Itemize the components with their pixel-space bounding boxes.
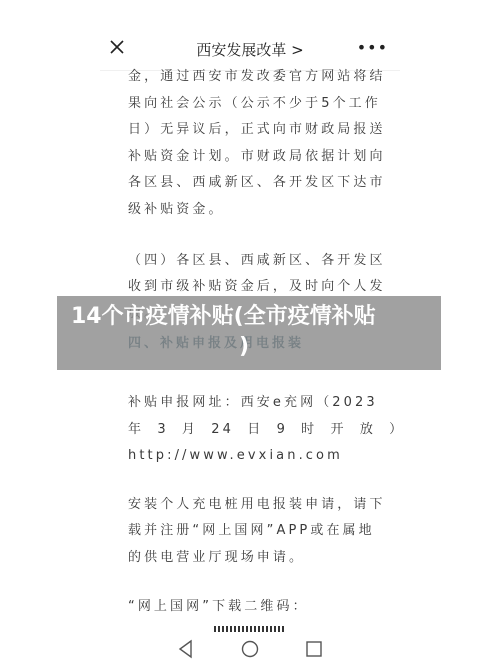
system-nav-bar (0, 632, 500, 666)
more-icon[interactable]: ••• (357, 38, 388, 57)
paragraph-5: “网上国网”下载二维码： (128, 594, 378, 621)
overlay-title: 14个市疫情补贴(全市疫情补贴 ) (71, 302, 431, 362)
recents-square-icon[interactable] (303, 638, 325, 660)
title-overlay-banner: 14个市疫情补贴(全市疫情补贴 ) (57, 296, 441, 370)
paragraph-4: 安装个人充电桩用电报装申请，请下 载并注册“网上国网”APP或在属地 的供电营业… (128, 492, 378, 572)
page-title[interactable]: 西安发展改革 > (100, 39, 400, 60)
back-triangle-icon[interactable] (175, 638, 197, 660)
home-circle-icon[interactable] (239, 638, 261, 660)
evxian-link[interactable]: http://www.evxian.com (128, 443, 378, 470)
paragraph-1: 金，通过西安市发改委官方网站将结 果向社会公示（公示不少于5个工作 日）无异议后… (128, 64, 378, 224)
paragraph-3: 补贴申报网址：西安e充网（2023 年 3 月 24 日 9 时 开 放 ） h… (128, 390, 378, 470)
